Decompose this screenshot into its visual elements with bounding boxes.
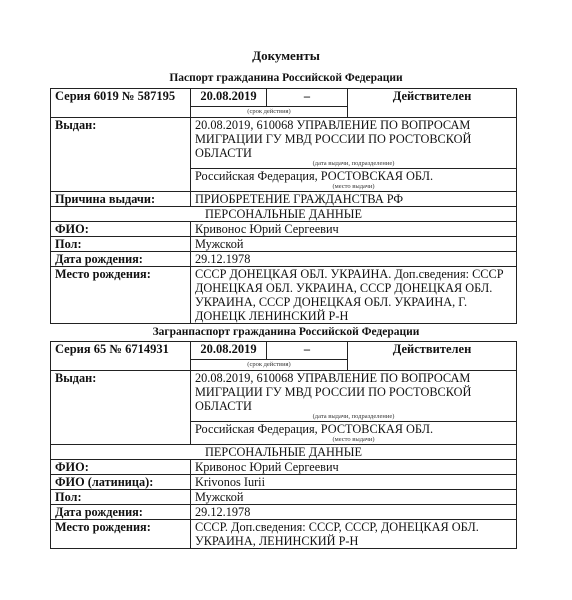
- table-row: Дата рождения: 29.12.1978: [51, 505, 517, 520]
- issue-place-cell: Российская Федерация, РОСТОВСКАЯ ОБЛ. (м…: [191, 169, 517, 192]
- field-value: Мужской: [191, 237, 517, 252]
- field-label: Пол:: [51, 237, 191, 252]
- field-value: Кривонос Юрий Сергеевич: [191, 460, 517, 475]
- issued-by-cell: 20.08.2019, 610068 УПРАВЛЕНИЕ ПО ВОПРОСА…: [191, 371, 517, 422]
- issue-place-caption: (место выдачи): [195, 436, 512, 444]
- field-label: ФИО (латиница):: [51, 475, 191, 490]
- issue-place-cell: Российская Федерация, РОСТОВСКАЯ ОБЛ. (м…: [191, 422, 517, 445]
- table-row: ФИО (латиница): Krivonos Iurii: [51, 475, 517, 490]
- reason-value: ПРИОБРЕТЕНИЕ ГРАЖДАНСТВА РФ: [191, 192, 517, 207]
- table-row: ФИО: Кривонос Юрий Сергеевич: [51, 460, 517, 475]
- series-number: Серия 6019 № 587195: [51, 89, 191, 118]
- field-value: СССР ДОНЕЦКАЯ ОБЛ. УКРАИНА. Доп.сведения…: [191, 267, 517, 324]
- table-row: Пол: Мужской: [51, 237, 517, 252]
- field-label: ФИО:: [51, 222, 191, 237]
- issue-place: Российская Федерация, РОСТОВСКАЯ ОБЛ.: [195, 169, 433, 183]
- issued-by-caption: (дата выдачи, подразделение): [195, 413, 512, 421]
- table-row: Пол: Мужской: [51, 490, 517, 505]
- field-value: СССР. Доп.сведения: СССР, СССР, ДОНЕЦКАЯ…: [191, 520, 517, 549]
- table-row: ФИО: Кривонос Юрий Сергеевич: [51, 222, 517, 237]
- issued-by: 20.08.2019, 610068 УПРАВЛЕНИЕ ПО ВОПРОСА…: [195, 118, 471, 160]
- field-label: Место рождения:: [51, 520, 191, 549]
- field-value: 29.12.1978: [191, 505, 517, 520]
- status-badge: Действителен: [348, 342, 517, 371]
- foreign-passport-table: Серия 65 № 6714931 20.08.2019 – Действит…: [50, 341, 517, 549]
- field-value: Мужской: [191, 490, 517, 505]
- expiry-date: –: [267, 89, 348, 107]
- field-label: Пол:: [51, 490, 191, 505]
- table-row: Дата рождения: 29.12.1978: [51, 252, 517, 267]
- page-title: Документы: [0, 48, 572, 64]
- passport-table: Серия 6019 № 587195 20.08.2019 – Действи…: [50, 88, 517, 324]
- field-label: Дата рождения:: [51, 505, 191, 520]
- field-value: Кривонос Юрий Сергеевич: [191, 222, 517, 237]
- table-row: Место рождения: СССР ДОНЕЦКАЯ ОБЛ. УКРАИ…: [51, 267, 517, 324]
- issued-by-caption: (дата выдачи, подразделение): [195, 160, 512, 168]
- validity-caption: (срок действия): [191, 360, 348, 371]
- issued-by: 20.08.2019, 610068 УПРАВЛЕНИЕ ПО ВОПРОСА…: [195, 371, 471, 413]
- issue-place-caption: (место выдачи): [195, 183, 512, 191]
- status-badge: Действителен: [348, 89, 517, 118]
- reason-label: Причина выдачи:: [51, 192, 191, 207]
- foreign-passport-section-title: Загранпаспорт гражданина Российской Феде…: [0, 326, 572, 338]
- issued-by-cell: 20.08.2019, 610068 УПРАВЛЕНИЕ ПО ВОПРОСА…: [191, 118, 517, 169]
- issue-place: Российская Федерация, РОСТОВСКАЯ ОБЛ.: [195, 422, 433, 436]
- field-value: 29.12.1978: [191, 252, 517, 267]
- issued-label: Выдан:: [51, 118, 191, 192]
- personal-data-header: ПЕРСОНАЛЬНЫЕ ДАННЫЕ: [51, 445, 517, 460]
- expiry-date: –: [267, 342, 348, 360]
- issued-label: Выдан:: [51, 371, 191, 445]
- personal-data-header: ПЕРСОНАЛЬНЫЕ ДАННЫЕ: [51, 207, 517, 222]
- series-number: Серия 65 № 6714931: [51, 342, 191, 371]
- validity-caption: (срок действия): [191, 107, 348, 118]
- field-value: Krivonos Iurii: [191, 475, 517, 490]
- field-label: Дата рождения:: [51, 252, 191, 267]
- issue-date: 20.08.2019: [191, 342, 267, 360]
- table-row: Место рождения: СССР. Доп.сведения: СССР…: [51, 520, 517, 549]
- field-label: ФИО:: [51, 460, 191, 475]
- passport-section-title: Паспорт гражданина Российской Федерации: [0, 72, 572, 84]
- issue-date: 20.08.2019: [191, 89, 267, 107]
- field-label: Место рождения:: [51, 267, 191, 324]
